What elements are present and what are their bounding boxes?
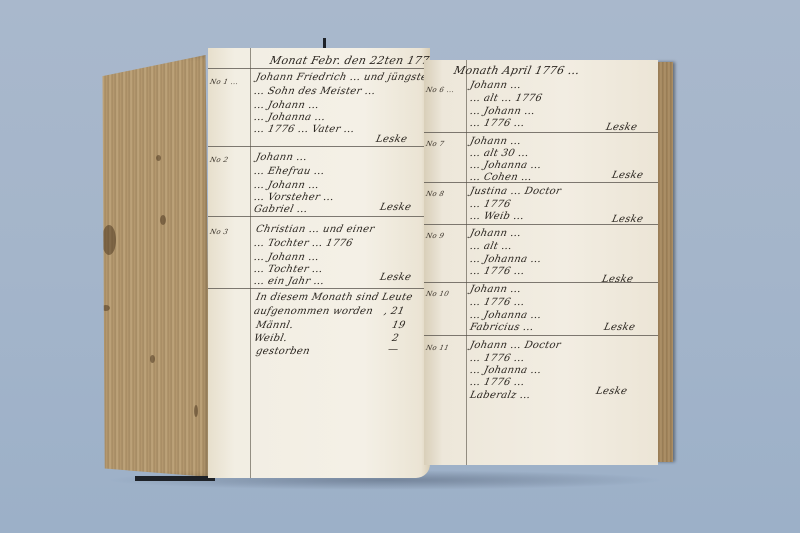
summary-value: , 21 bbox=[383, 306, 406, 317]
entry-line: ... ein Jahr ... bbox=[253, 276, 325, 287]
entry-line: ... Johanna ... bbox=[469, 310, 543, 321]
entry-divider bbox=[424, 282, 658, 283]
entry-line: ... 1776 bbox=[469, 199, 512, 210]
entry-line: Johann ... bbox=[255, 152, 308, 163]
page-header: Monat Febr. den 22ten 1776 bbox=[269, 54, 430, 67]
entry-number: No 8 bbox=[425, 190, 445, 198]
entry-line: ... Johanna ... bbox=[469, 365, 543, 376]
summary-value: 19 bbox=[391, 320, 407, 331]
entry-line: ... Sohn des Meister ... bbox=[253, 86, 377, 97]
book-fore-edge bbox=[98, 55, 210, 477]
page-header: Monath April 1776 ... bbox=[453, 64, 581, 77]
entry-line: ... Johann ... bbox=[469, 106, 536, 117]
summary-value: — bbox=[387, 344, 400, 355]
entry-line: ... Johann ... bbox=[253, 252, 320, 263]
entry-line: ... alt ... 1776 bbox=[469, 93, 543, 104]
left-page: Monat Febr. den 22ten 1776 No 1 ... Joha… bbox=[208, 48, 430, 478]
entry-divider bbox=[208, 146, 430, 147]
summary-line: Weibl. bbox=[253, 333, 289, 344]
entry-divider bbox=[424, 224, 658, 225]
entry-line: ... 1776 ... bbox=[469, 297, 526, 308]
entry-number: No 1 ... bbox=[209, 78, 239, 86]
entry-line: ... Weib ... bbox=[469, 211, 525, 222]
entry-line: ... Johann ... bbox=[253, 180, 320, 191]
entry-line: ... alt ... bbox=[469, 241, 513, 252]
entry-divider bbox=[208, 288, 430, 289]
entry-line: ... Johanna ... bbox=[253, 112, 327, 123]
entry-line: ... Tochter ... bbox=[253, 264, 324, 275]
margin-rule bbox=[466, 60, 467, 465]
entry-line: ... 1776 ... bbox=[469, 266, 526, 277]
entry-line: ... 1776 ... bbox=[469, 353, 526, 364]
entry-line: Johann ... bbox=[469, 136, 522, 147]
cover-bottom-left bbox=[135, 476, 215, 481]
entry-divider bbox=[208, 216, 430, 217]
entry-divider bbox=[424, 335, 658, 336]
signature: Leske bbox=[611, 170, 645, 181]
entry-number: No 11 bbox=[425, 344, 450, 352]
signature: Leske bbox=[595, 386, 629, 397]
entry-number: No 6 ... bbox=[425, 86, 455, 94]
entry-line: Johann ... bbox=[469, 80, 522, 91]
entry-number: No 7 bbox=[425, 140, 445, 148]
entry-line: Fabricius ... bbox=[469, 322, 535, 333]
entry-line: ... Tochter ... 1776 bbox=[253, 238, 354, 249]
entry-line: Johann ... bbox=[469, 284, 522, 295]
entry-line: ... alt 30 ... bbox=[469, 148, 530, 159]
margin-rule bbox=[250, 48, 251, 478]
entry-line: Justina ... Doctor bbox=[469, 186, 562, 197]
signature: Leske bbox=[375, 134, 409, 145]
entry-number: No 9 bbox=[425, 232, 445, 240]
entry-line: ... Ehefrau ... bbox=[253, 166, 326, 177]
entry-line: Laberalz ... bbox=[469, 390, 532, 401]
entry-line: ... Johann ... bbox=[253, 100, 320, 111]
signature: Leske bbox=[379, 202, 413, 213]
signature: Leske bbox=[379, 272, 413, 283]
header-rule bbox=[208, 68, 430, 69]
entry-line: Johann Friedrich ... und jüngsten bbox=[255, 72, 430, 83]
entry-line: Gabriel ... bbox=[253, 204, 309, 215]
summary-line: Männl. bbox=[255, 320, 295, 331]
entry-line: ... 1776 ... bbox=[469, 377, 526, 388]
entry-line: ... 1776 ... Vater ... bbox=[253, 124, 356, 135]
entry-line: Christian ... und einer bbox=[255, 224, 376, 235]
entry-line: ... 1776 ... bbox=[469, 118, 526, 129]
entry-number: No 2 bbox=[209, 156, 229, 164]
entry-divider bbox=[424, 182, 658, 183]
signature: Leske bbox=[601, 274, 635, 285]
summary-line: In diesem Monath sind Leute bbox=[255, 292, 414, 303]
entry-line: Johann ... bbox=[469, 228, 522, 239]
entry-line: ... Johanna ... bbox=[469, 254, 543, 265]
summary-line: aufgenommen worden bbox=[253, 306, 374, 317]
entry-line: ... Johanna ... bbox=[469, 160, 543, 171]
entry-line: Johann ... Doctor bbox=[469, 340, 562, 351]
entry-divider bbox=[424, 132, 658, 133]
right-page: Monath April 1776 ... No 6 ... Johann ..… bbox=[424, 60, 658, 465]
entry-number: No 3 bbox=[209, 228, 229, 236]
summary-line: gestorben bbox=[255, 346, 311, 357]
entry-line: ... Vorsteher ... bbox=[253, 192, 335, 203]
entry-number: No 10 bbox=[425, 290, 450, 298]
summary-value: 2 bbox=[391, 333, 400, 344]
signature: Leske bbox=[603, 322, 637, 333]
